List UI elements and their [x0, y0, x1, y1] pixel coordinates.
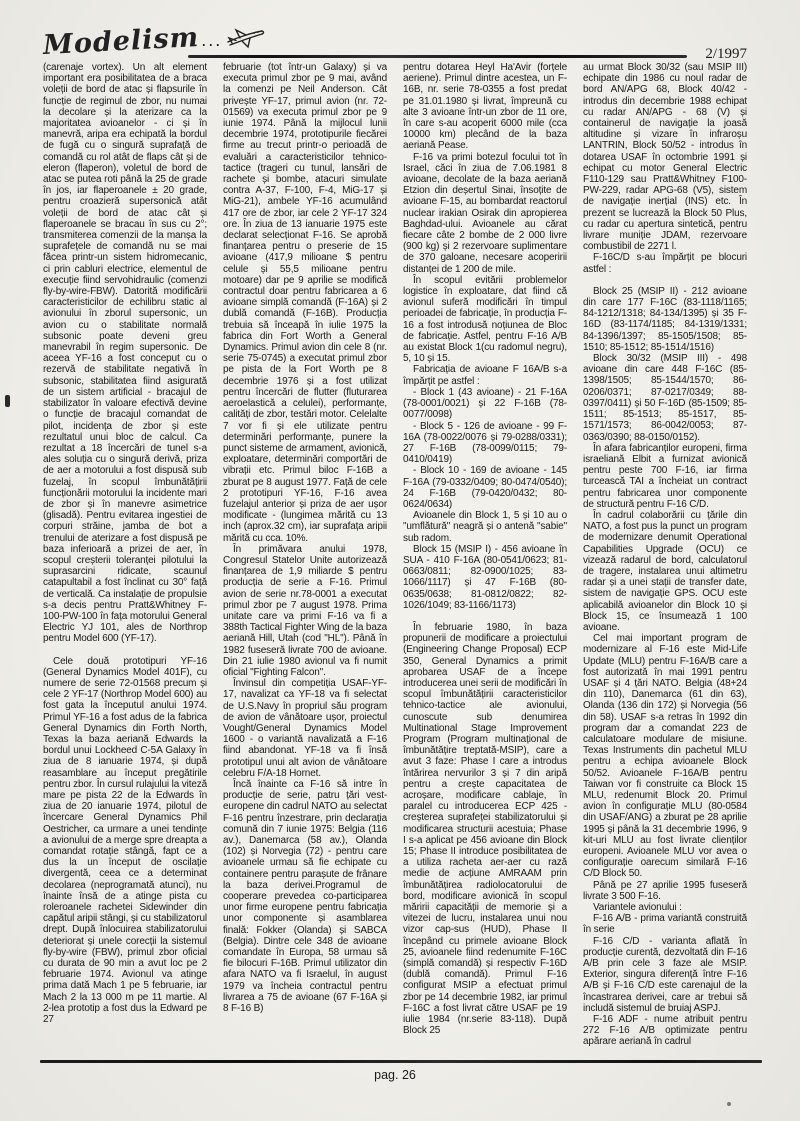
magazine-logo: Modelism ... [43, 26, 266, 57]
paragraph: F-16 A/B - prima variantă construită în … [583, 913, 747, 935]
paragraph: au urmat Block 30/32 (sau MSIP III) echi… [583, 62, 747, 252]
paragraph: Până pe 27 aprilie 1995 fuseseră livrate… [583, 880, 747, 902]
paragraph: pentru dotarea Heyl Ha'Avir (forțele aer… [403, 62, 567, 152]
magazine-logo-text: Modelism [42, 23, 200, 61]
page-header: Modelism ... 2/1997 [43, 24, 747, 64]
paragraph: Cel mai important program de modernizare… [583, 633, 747, 879]
paragraph: În februarie 1980, în baza propunerii de… [403, 622, 567, 1037]
paragraph: F-16 C/D - varianta aflată în producție … [583, 936, 747, 1014]
paragraph: Fabricația de avioane F 16A/B s-a împărț… [403, 364, 567, 386]
paragraph: Învinsul din competiția USAF-YF-17, nava… [223, 678, 387, 779]
airplane-doodle-icon [224, 26, 266, 57]
paragraph: - Block 5 - 126 de avioane - 99 F-16A (7… [403, 421, 567, 466]
paragraph: Încă înainte ca F-16 să intre în producț… [223, 779, 387, 1014]
paragraph: februarie (tot într-un Galaxy) și va exe… [223, 62, 387, 544]
paragraph: (carenaje vortex). Un alt element import… [43, 62, 207, 645]
footer-rule [40, 1060, 762, 1063]
paragraph: În scopul evitării problemelor logistice… [403, 275, 567, 365]
paragraph: Block 30/32 (MSIP III) - 498 avioane din… [583, 353, 747, 443]
header-rule [188, 55, 687, 58]
text-column-4: au urmat Block 30/32 (sau MSIP III) echi… [583, 62, 747, 1062]
paragraph: În afara fabricanților europeni, firma i… [583, 443, 747, 510]
paragraph: F-16 va primi botezul focului tot în Isr… [403, 152, 567, 275]
paragraph: - Block 1 (43 avioane) - 21 F-16A (78-00… [403, 387, 567, 421]
paragraph: Block 25 (MSIP II) - 212 avioane din car… [583, 286, 747, 353]
text-column-3: pentru dotarea Heyl Ha'Avir (forțele aer… [403, 62, 567, 1062]
paragraph: F-16C/D s-au împărțit pe blocuri astfel … [583, 252, 747, 274]
article-columns: (carenaje vortex). Un alt element import… [43, 62, 747, 1062]
text-column-1: (carenaje vortex). Un alt element import… [43, 62, 207, 1062]
logo-dots: ... [201, 30, 222, 57]
text-column-2: februarie (tot într-un Galaxy) și va exe… [223, 62, 387, 1062]
scan-speck [727, 1102, 731, 1106]
issue-number: 2/1997 [705, 46, 747, 63]
page-number: pag. 26 [43, 1068, 747, 1082]
paragraph: - Block 10 - 169 de avioane - 145 F-16A … [403, 465, 567, 510]
paragraph: Variantele avionului : [583, 902, 747, 913]
paragraph: În primăvara anului 1978, Congresul Stat… [223, 544, 387, 678]
paragraph: F-16 ADF - nume atribuit pentru 272 F-16… [583, 1014, 747, 1048]
paragraph: Cele două prototipuri YF-16 (General Dyn… [43, 656, 207, 1026]
paragraph: Avioanele din Block 1, 5 și 10 au o "umf… [403, 510, 567, 544]
paragraph: Block 15 (MSIP I) - 456 avioane în SUA -… [403, 544, 567, 611]
scan-speck [5, 395, 10, 407]
magazine-page: Modelism ... 2/1997 (car [0, 0, 800, 1121]
paragraph: În cadrul colaborării cu țările din NATO… [583, 510, 747, 633]
